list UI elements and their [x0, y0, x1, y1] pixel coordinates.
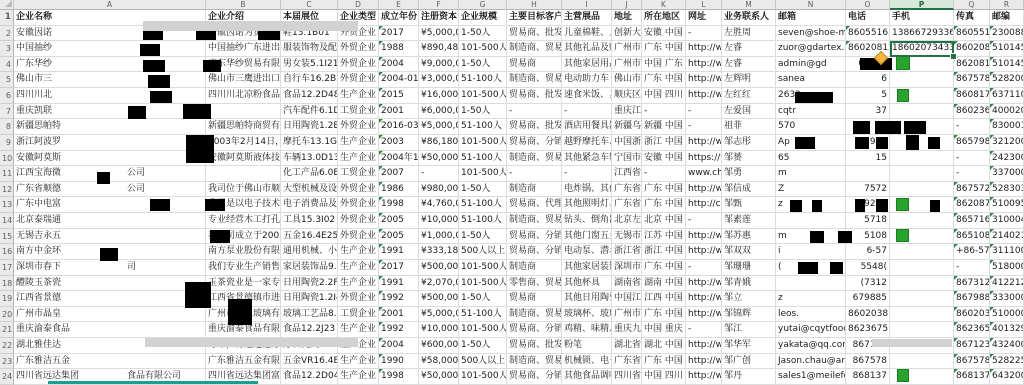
cell-P2[interactable]: 13866729336 — [890, 26, 954, 42]
cell-E14[interactable]: 2005 — [379, 213, 419, 229]
cell-J20[interactable]: 广州市天河 — [612, 307, 642, 323]
cell-K10[interactable]: 安徽 中国 — [642, 151, 686, 167]
cell-J23[interactable]: 广东省佛山 — [612, 354, 642, 370]
field-header-H[interactable]: 主要目标客户 — [507, 10, 562, 26]
field-header-F[interactable]: 注册资本 — [419, 10, 459, 26]
cell-F10[interactable]: ¥50,000, — [419, 151, 459, 167]
row-number[interactable]: 22 — [0, 338, 14, 354]
cell-C6[interactable]: 食品12.2D48 — [281, 88, 338, 104]
cell-B11[interactable] — [206, 166, 281, 182]
cell-G22[interactable]: 1-50人 — [459, 338, 507, 354]
cell-Q14[interactable]: 865716205 — [954, 213, 990, 229]
field-header-I[interactable]: 主营展品 — [562, 10, 612, 26]
cell-L7[interactable]: - — [686, 104, 722, 120]
cell-J3[interactable]: 广州市荔湾 — [612, 41, 642, 57]
cell-K12[interactable]: 广东 中国 — [642, 182, 686, 198]
cell-H13[interactable]: 贸易商、代理商 — [507, 197, 562, 213]
cell-N10[interactable]: 65 — [776, 151, 846, 167]
cell-Q4[interactable]: 862081297 — [954, 57, 990, 73]
cell-H9[interactable]: 贸易商、分销商 — [507, 135, 562, 151]
cell-E24[interactable]: 1998 — [379, 369, 419, 385]
cell-J10[interactable]: 宁国市经济 — [612, 151, 642, 167]
cell-B8[interactable]: 新疆思帕特商贸有限 — [206, 119, 281, 135]
cell-O12[interactable]: 7572 — [846, 182, 890, 198]
cell-K14[interactable]: 北京 中国 — [642, 213, 686, 229]
cell-I9[interactable]: 越野摩托车、中 — [562, 135, 612, 151]
cell-D24[interactable]: 生产企业 — [338, 369, 379, 385]
cell-N16[interactable]: i — [776, 244, 846, 260]
cell-E2[interactable]: 2017 — [379, 26, 419, 42]
cell-C18[interactable]: 日用陶瓷2.2F47 — [281, 276, 338, 292]
cell-H24[interactable]: 贸易商、分销商 — [507, 369, 562, 385]
cell-P20[interactable] — [890, 307, 954, 323]
cell-C19[interactable]: 日用陶瓷1.2I47 — [281, 291, 338, 307]
cell-C7[interactable]: 汽车配件6.1D37 — [281, 104, 338, 120]
cell-Q23[interactable]: 867578558 — [954, 354, 990, 370]
cell-N11[interactable]: m — [776, 166, 846, 182]
cell-I12[interactable]: 电炸锅、其他 — [562, 182, 612, 198]
cell-C8[interactable]: 日用陶瓷1.2B45 — [281, 119, 338, 135]
cell-D20[interactable]: 工贸企业 — [338, 307, 379, 323]
cell-J15[interactable]: 无锡市南长 — [612, 229, 642, 245]
cell-K18[interactable]: 湖南 中国 — [642, 276, 686, 292]
cell-H10[interactable]: 制造商、贸易商 — [507, 151, 562, 167]
cell-R22[interactable]: 432400 — [990, 338, 1024, 354]
cell-M4[interactable]: 左睿 — [722, 57, 776, 73]
cell-C5[interactable]: 自行车16.2B25- — [281, 72, 338, 88]
cell-H19[interactable]: 贸易商 — [507, 291, 562, 307]
cell-Q5[interactable]: 867578623 — [954, 72, 990, 88]
cell-E5[interactable]: 2004-01-0 — [379, 72, 419, 88]
cell-A23[interactable]: 广东雅洁五金 — [14, 354, 206, 370]
cell-O10[interactable]: 15 — [846, 151, 890, 167]
cell-B6[interactable]: 四川川北凉粉食品有 — [206, 88, 281, 104]
cell-P14[interactable] — [890, 213, 954, 229]
row-number[interactable]: 6 — [0, 88, 14, 104]
cell-K7[interactable]: - — [642, 104, 686, 120]
cell-R9[interactable]: 321200 — [990, 135, 1024, 151]
cell-R18[interactable]: 412212 — [990, 276, 1024, 292]
cell-Q22[interactable]: 867123245 — [954, 338, 990, 354]
cell-E21[interactable]: 1992 — [379, 322, 419, 338]
cell-F20[interactable]: ¥5,000,0 — [419, 307, 459, 323]
cell-R7[interactable]: 400020 — [990, 104, 1024, 120]
cell-N14[interactable] — [776, 213, 846, 229]
cell-F3[interactable]: ¥890,480 — [419, 41, 459, 57]
cell-A15[interactable]: 无锡吉永五 — [14, 229, 206, 245]
cell-J7[interactable]: 重庆江北区 — [612, 104, 642, 120]
cell-O6[interactable]: 5 — [846, 88, 890, 104]
cell-A3[interactable]: 中国抽纱 — [14, 41, 206, 57]
cell-F22[interactable]: ¥600,000 — [419, 338, 459, 354]
cell-N12[interactable]: Z — [776, 182, 846, 198]
cell-I10[interactable]: 其他紧急车辆 — [562, 151, 612, 167]
cell-Q8[interactable]: - — [954, 119, 990, 135]
cell-K8[interactable]: 新疆 中国 — [642, 119, 686, 135]
field-header-O[interactable]: 电话 — [846, 10, 890, 26]
cell-D9[interactable]: 生产企业 — [338, 135, 379, 151]
cell-A6[interactable]: 四川川北 — [14, 88, 206, 104]
cell-Q20[interactable]: 860203847 — [954, 307, 990, 323]
cell-C21[interactable]: 食品12.2J23 — [281, 322, 338, 338]
row-number[interactable]: 12 — [0, 182, 14, 198]
cell-B17[interactable]: 我们专业生产销售台 — [206, 260, 281, 276]
cell-E23[interactable]: 1990 — [379, 354, 419, 370]
cell-C24[interactable]: 食品12.2D04 — [281, 369, 338, 385]
cell-E13[interactable]: 1998 — [379, 197, 419, 213]
cell-E3[interactable]: 1988 — [379, 41, 419, 57]
cell-K19[interactable]: 江西 中国 — [642, 291, 686, 307]
cell-E8[interactable]: 2016-03-2 — [379, 119, 419, 135]
column-header-F[interactable]: F — [419, 0, 459, 10]
cell-L18[interactable]: http://ww — [686, 276, 722, 292]
cell-G9[interactable]: 101-500人 — [459, 135, 507, 151]
cell-R17[interactable]: 518000 — [990, 260, 1024, 276]
cell-G5[interactable]: 51-100人 — [459, 72, 507, 88]
cell-G15[interactable]: 1-50人 — [459, 229, 507, 245]
cell-O2[interactable]: 86055163668 — [846, 26, 890, 42]
cell-I19[interactable]: 其他日用陶瓷 — [562, 291, 612, 307]
cell-M10[interactable]: 邹赟 — [722, 151, 776, 167]
cell-Q19[interactable]: 867988526 — [954, 291, 990, 307]
cell-R15[interactable]: 214021 — [990, 229, 1024, 245]
cell-O16[interactable]: 6-57 — [846, 244, 890, 260]
cell-G24[interactable]: 101-500人 — [459, 369, 507, 385]
cell-H7[interactable]: - — [507, 104, 562, 120]
cell-J4[interactable]: 广州市荔湾 — [612, 57, 642, 73]
field-header-M[interactable]: 业务联系人 — [722, 10, 776, 26]
cell-F16[interactable]: ¥333,180 — [419, 244, 459, 260]
cell-R6[interactable]: 637110 — [990, 88, 1024, 104]
cell-L8[interactable]: - — [686, 119, 722, 135]
cell-D3[interactable]: 外贸企业 — [338, 41, 379, 57]
cell-C16[interactable]: 通用机械、小型 — [281, 244, 338, 260]
cell-O19[interactable]: 679885 — [846, 291, 890, 307]
cell-R10[interactable]: 242300 — [990, 151, 1024, 167]
cell-H17[interactable]: 制造商 — [507, 260, 562, 276]
cell-H15[interactable]: 贸易商、分销商 — [507, 229, 562, 245]
row-number[interactable]: 9 — [0, 135, 14, 151]
field-header-G[interactable]: 企业规模 — [459, 10, 507, 26]
column-header-P[interactable]: P — [890, 0, 954, 10]
cell-P23[interactable] — [890, 354, 954, 370]
cell-M2[interactable]: 左胜周 — [722, 26, 776, 42]
cell-R2[interactable]: 230088 — [990, 26, 1024, 42]
cell-I17[interactable]: 其他家居装饰品 — [562, 260, 612, 276]
cell-P17[interactable] — [890, 260, 954, 276]
cell-F7[interactable]: ¥6,000,0 — [419, 104, 459, 120]
cell-L17[interactable]: - — [686, 260, 722, 276]
cell-B5[interactable]: 佛山市三鹰进出口有 — [206, 72, 281, 88]
cell-N18[interactable] — [776, 276, 846, 292]
cell-E6[interactable]: 2015 — [379, 88, 419, 104]
column-header-K[interactable]: K — [642, 0, 686, 10]
cell-L22[interactable]: http://ww — [686, 338, 722, 354]
cell-F19[interactable]: ¥500,000 — [419, 291, 459, 307]
cell-L16[interactable]: http://ww — [686, 244, 722, 260]
cell-L13[interactable]: http://ce — [686, 197, 722, 213]
cell-Q12[interactable]: 867572832 — [954, 182, 990, 198]
cell-M19[interactable]: 邹立 — [722, 291, 776, 307]
row-number[interactable]: 21 — [0, 322, 14, 338]
cell-F6[interactable]: ¥16,000, — [419, 88, 459, 104]
cell-L10[interactable]: https://w — [686, 151, 722, 167]
cell-L3[interactable]: http://ww — [686, 41, 722, 57]
row-number[interactable]: 13 — [0, 197, 14, 213]
cell-L2[interactable]: - — [686, 26, 722, 42]
cell-L14[interactable]: - — [686, 213, 722, 229]
column-header-C[interactable]: C — [281, 0, 338, 10]
cell-G10[interactable]: 51-100人 — [459, 151, 507, 167]
cell-C10[interactable]: 车辆13.0D13 — [281, 151, 338, 167]
cell-B16[interactable]: 南方泵业股份有限公 — [206, 244, 281, 260]
cell-F24[interactable]: ¥50,000, — [419, 369, 459, 385]
cell-E19[interactable]: 1992 — [379, 291, 419, 307]
cell-G19[interactable]: 1-50人 — [459, 291, 507, 307]
row-number[interactable]: 3 — [0, 41, 14, 57]
cell-O5[interactable]: 6 — [846, 72, 890, 88]
cell-F13[interactable]: ¥4,760,0 — [419, 197, 459, 213]
cell-Q10[interactable]: - — [954, 151, 990, 167]
cell-L5[interactable]: http://ww — [686, 72, 722, 88]
cell-G23[interactable]: 500人以上 — [459, 354, 507, 370]
cell-K23[interactable]: 广东 中国 — [642, 354, 686, 370]
cell-R23[interactable]: 528225 — [990, 354, 1024, 370]
cell-F8[interactable]: ¥5,000,0 — [419, 119, 459, 135]
cell-Q6[interactable]: 860817225 — [954, 88, 990, 104]
cell-L24[interactable]: http://ww — [686, 369, 722, 385]
select-all-icon[interactable] — [5, 0, 12, 7]
cell-P5[interactable] — [890, 72, 954, 88]
cell-G18[interactable]: 101-500人 — [459, 276, 507, 292]
cell-M20[interactable]: 邹锦辉 — [722, 307, 776, 323]
row-number[interactable]: 11 — [0, 166, 14, 182]
cell-H11[interactable]: - — [507, 166, 562, 182]
cell-Q15[interactable]: 865108276 — [954, 229, 990, 245]
fill-handle[interactable] — [950, 53, 957, 60]
cell-F5[interactable]: ¥3,000,0 — [419, 72, 459, 88]
cell-M14[interactable]: 邹素莲 — [722, 213, 776, 229]
cell-R11[interactable]: 337000 — [990, 166, 1024, 182]
cell-H5[interactable]: 制造商、贸易商 — [507, 72, 562, 88]
cell-Q13[interactable]: 862087320 — [954, 197, 990, 213]
row-number[interactable]: 16 — [0, 244, 14, 260]
cell-E22[interactable]: 2004 — [379, 338, 419, 354]
cell-J19[interactable]: 中国江西景 — [612, 291, 642, 307]
cell-I18[interactable]: 其他杯具 — [562, 276, 612, 292]
cell-E12[interactable]: 1986 — [379, 182, 419, 198]
field-header-K[interactable]: 所在地区 — [642, 10, 686, 26]
cell-B9[interactable]: 2003年2月14日，在- — [206, 135, 281, 151]
cell-J21[interactable]: 重庆九龙坡 — [612, 322, 642, 338]
cell-M22[interactable]: 邹华军 — [722, 338, 776, 354]
cell-M6[interactable]: 左红红 — [722, 88, 776, 104]
cell-H22[interactable]: 贸易商、批发商 — [507, 338, 562, 354]
cell-A13[interactable]: 广东中电富 — [14, 197, 206, 213]
cell-K4[interactable]: 中国 广东 — [642, 57, 686, 73]
cell-P9[interactable] — [890, 135, 954, 151]
cell-J11[interactable]: 江西省萍乡 — [612, 166, 642, 182]
field-header-J[interactable]: 地址 — [612, 10, 642, 26]
cell-D5[interactable]: 外贸企业 — [338, 72, 379, 88]
cell-L11[interactable]: www.china — [686, 166, 722, 182]
row-number[interactable]: 19 — [0, 291, 14, 307]
cell-H12[interactable]: 制造商 — [507, 182, 562, 198]
cell-Q16[interactable]: +86-571-8 — [954, 244, 990, 260]
cell-J16[interactable]: 浙江省杭州 — [612, 244, 642, 260]
cell-C13[interactable]: 电子消费品及信 — [281, 197, 338, 213]
cell-G20[interactable]: 51-100人 — [459, 307, 507, 323]
cell-N7[interactable]: cqtr — [776, 104, 846, 120]
cell-K11[interactable]: - — [642, 166, 686, 182]
cell-N4[interactable]: admin@gd — [776, 57, 846, 73]
cell-B18[interactable]: 玉茶瓷业是一家专业 — [206, 276, 281, 292]
cell-G7[interactable]: 1-50人 — [459, 104, 507, 120]
cell-M23[interactable]: 邹广创 — [722, 354, 776, 370]
cell-R5[interactable]: 528200 — [990, 72, 1024, 88]
cell-R12[interactable]: 528303 — [990, 182, 1024, 198]
cell-R21[interactable]: 401329 — [990, 322, 1024, 338]
cell-P19[interactable] — [890, 291, 954, 307]
cell-G17[interactable]: 101-500人 — [459, 260, 507, 276]
row-number[interactable]: 8 — [0, 119, 14, 135]
row-number[interactable]: 1 — [0, 10, 14, 26]
cell-P3[interactable]: 18602073433 — [890, 41, 954, 57]
cell-O24[interactable]: 868137 — [846, 369, 890, 385]
cell-M7[interactable]: 左爱国 — [722, 104, 776, 120]
cell-F15[interactable]: ¥1,000,0 — [419, 229, 459, 245]
cell-P10[interactable] — [890, 151, 954, 167]
cell-A14[interactable]: 北京泰瑞通 — [14, 213, 206, 229]
cell-P21[interactable] — [890, 322, 954, 338]
cell-J5[interactable]: 佛山市南海 — [612, 72, 642, 88]
cell-K15[interactable]: 江苏 中国 — [642, 229, 686, 245]
cell-A10[interactable]: 安徽阿莫斯 — [14, 151, 206, 167]
cell-B7[interactable] — [206, 104, 281, 120]
cell-K22[interactable]: 湖北 中国 — [642, 338, 686, 354]
cell-F18[interactable]: ¥2,070,0 — [419, 276, 459, 292]
cell-I21[interactable]: 鸡精、味精、 — [562, 322, 612, 338]
cell-A19[interactable]: 江西省景德 — [14, 291, 206, 307]
column-header-J[interactable]: J — [612, 0, 642, 10]
cell-J17[interactable]: 深圳市宝安 — [612, 260, 642, 276]
cell-D7[interactable]: 工贸企业 — [338, 104, 379, 120]
cell-R13[interactable]: 510095 — [990, 197, 1024, 213]
cell-N20[interactable]: leos. — [776, 307, 846, 323]
field-header-R[interactable]: 邮编 — [990, 10, 1024, 26]
row-number[interactable]: 2 — [0, 26, 14, 42]
cell-I7[interactable]: - — [562, 104, 612, 120]
cell-H3[interactable]: 制造商、贸易商 — [507, 41, 562, 57]
cell-I5[interactable]: 电动助力车 — [562, 72, 612, 88]
row-number[interactable]: 15 — [0, 229, 14, 245]
cell-C14[interactable]: 工具15.3I02 — [281, 213, 338, 229]
cell-M16[interactable]: 邹双双 — [722, 244, 776, 260]
select-all-corner[interactable] — [0, 0, 14, 10]
cell-P7[interactable] — [890, 104, 954, 120]
cell-R19[interactable]: 333000 — [990, 291, 1024, 307]
cell-I6[interactable]: 速食米饭、其他 — [562, 88, 612, 104]
cell-N21[interactable]: yutai@cqytfood. — [776, 322, 846, 338]
cell-G6[interactable]: 101-500人 — [459, 88, 507, 104]
cell-G16[interactable]: 500人以上 — [459, 244, 507, 260]
cell-F4[interactable]: ¥9,000,0 — [419, 57, 459, 73]
column-header-Q[interactable]: Q — [954, 0, 990, 10]
cell-L19[interactable]: http://ww — [686, 291, 722, 307]
cell-I4[interactable]: 其他家居用品 — [562, 57, 612, 73]
cell-H14[interactable]: 制造商、贸易商 — [507, 213, 562, 229]
cell-A9[interactable]: 浙江阿波罗 — [14, 135, 206, 151]
cell-E7[interactable]: 2001 — [379, 104, 419, 120]
cell-J8[interactable]: 新疆乌鲁木 — [612, 119, 642, 135]
cell-I11[interactable]: - — [562, 166, 612, 182]
cell-J14[interactable]: 北京左安门 — [612, 213, 642, 229]
cell-J12[interactable]: 广东省佛山 — [612, 182, 642, 198]
cell-E9[interactable]: 2003 — [379, 135, 419, 151]
cell-H18[interactable]: 零售商、贸易商 — [507, 276, 562, 292]
column-header-A[interactable]: A — [14, 0, 206, 10]
cell-C15[interactable]: 五金16.4E25 — [281, 229, 338, 245]
cell-H23[interactable]: 制造商、贸易商 — [507, 354, 562, 370]
cell-R8[interactable]: 830001 — [990, 119, 1024, 135]
cell-M9[interactable]: 邹志彤 — [722, 135, 776, 151]
cell-D14[interactable]: 外贸企业 — [338, 213, 379, 229]
cell-L6[interactable]: http://ww — [686, 88, 722, 104]
cell-L23[interactable]: http://ww — [686, 354, 722, 370]
cell-H20[interactable]: 制造商、贸易商 — [507, 307, 562, 323]
cell-I20[interactable]: 玻璃杯、玻璃 — [562, 307, 612, 323]
cell-E20[interactable]: 2001 — [379, 307, 419, 323]
cell-O21[interactable]: 8623675 — [846, 322, 890, 338]
cell-O15[interactable]: 5108 — [846, 229, 890, 245]
cell-L21[interactable]: - — [686, 322, 722, 338]
row-number[interactable]: 20 — [0, 307, 14, 323]
column-header-B[interactable]: B — [206, 0, 281, 10]
row-number[interactable]: 17 — [0, 260, 14, 276]
cell-M13[interactable]: 邹甄 — [722, 197, 776, 213]
cell-K21[interactable]: 中国 重庆 — [642, 322, 686, 338]
field-header-Q[interactable]: 传真 — [954, 10, 990, 26]
row-number[interactable]: 7 — [0, 104, 14, 120]
cell-L9[interactable]: http://ww — [686, 135, 722, 151]
cell-O7[interactable]: 37 — [846, 104, 890, 120]
column-header-G[interactable]: G — [459, 0, 507, 10]
cell-J18[interactable]: 湖南省醴陵 — [612, 276, 642, 292]
cell-D6[interactable]: 生产企业 — [338, 88, 379, 104]
cell-F2[interactable]: ¥5,000,0 — [419, 26, 459, 42]
cell-I8[interactable]: 酒店用餐具器皿 — [562, 119, 612, 135]
cell-M3[interactable]: 左睿 — [722, 41, 776, 57]
cell-G13[interactable]: 51-100人 — [459, 197, 507, 213]
cell-G4[interactable]: 1-50人 — [459, 57, 507, 73]
cell-A7[interactable]: 重庆凯联 — [14, 104, 206, 120]
cell-D23[interactable]: 生产企业 — [338, 354, 379, 370]
cell-D19[interactable]: 外贸企业 — [338, 291, 379, 307]
cell-I15[interactable]: 其他门窗五金 — [562, 229, 612, 245]
cell-N5[interactable]: sanea — [776, 72, 846, 88]
cell-H4[interactable]: 贸易商 — [507, 57, 562, 73]
cell-F14[interactable]: ¥10,000, — [419, 213, 459, 229]
cell-B23[interactable]: 广东雅洁五金有限公 — [206, 354, 281, 370]
cell-N3[interactable]: zuor@gdartex.co — [776, 41, 846, 57]
field-header-P[interactable]: 手机 — [890, 10, 954, 26]
cell-D17[interactable]: 生产企业 — [338, 260, 379, 276]
cell-B10[interactable]: 安徽阿莫斯液体技术 — [206, 151, 281, 167]
cell-F21[interactable]: ¥10,000, — [419, 322, 459, 338]
cell-D12[interactable]: 外贸企业 — [338, 182, 379, 198]
cell-D8[interactable]: 外贸企业 — [338, 119, 379, 135]
cell-M17[interactable]: 邹珊珊 — [722, 260, 776, 276]
